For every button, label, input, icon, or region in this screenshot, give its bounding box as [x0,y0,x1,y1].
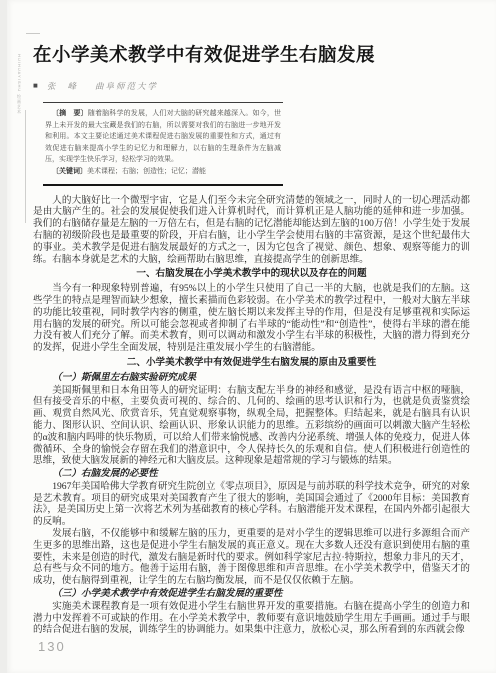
journal-sidebar-text: HUIHUAYISHU 绘画艺术 [16,54,22,164]
abstract-box: 〔摘 要〕随着脑科学的发展，人们对大脑的研究越来越深入。如今，世界上未开发的最大… [43,102,283,186]
paragraph-implementation: 实施美术课程教育是一项有效促进小学生右脑世界开发的重要措施。右脑在提高小学生的创… [33,601,470,636]
article-title: 在小学美术教学中有效促进学生右脑发展 [33,42,470,68]
keywords-label: 〔关键词〕 [52,167,87,175]
author-affiliation: 曲阜师范大学 [95,80,158,92]
keywords-line: 〔关键词〕美术课程；右脑；创造性；记忆；潜能 [45,166,281,178]
subheading-importance: （三）小学美术教学中有效促进学生右脑发展的重要性 [33,588,470,600]
heading-section-1: 一、右脑发展在小学美术教学中的现状以及存在的问题 [33,268,470,280]
margin-tick [26,33,40,34]
paragraph-develop-right-brain: 发展右脑，不仅能够中和缓解左脑的压力，更重要的是对小学生的逻辑思维可以进行多源组… [33,528,470,587]
abstract-text: 随着脑科学的发展，人们对大脑的研究越来越深入。如今，世界上未开发的最大宝藏是我们… [45,109,281,163]
article-body: 人的大脑好比一个微型宇宙，它是人们至今未完全研究清楚的领域之一，同时人的一切心理… [33,195,470,637]
abstract-label: 〔摘 要〕 [52,109,88,117]
article-content: 在小学美术教学中有效促进学生右脑发展 ■ 张 峰 曲阜师范大学 〔摘 要〕随着脑… [7,42,496,636]
author-line: ■ 张 峰 曲阜师范大学 [33,80,470,92]
subheading-necessity: （二）右脑发展的必要性 [33,468,470,480]
author-bullet-icon: ■ [33,82,38,90]
scanned-page: HUIHUAYISHU 绘画艺术 在小学美术教学中有效促进学生右脑发展 ■ 张 … [7,0,496,673]
abstract-paragraph: 〔摘 要〕随着脑科学的发展，人们对大脑的研究越来越深入。如今，世界上未开发的最大… [45,108,281,166]
heading-section-2: 二、小学美术教学中有效促进学生右脑发展的原由及重要性 [33,357,470,369]
keywords-text: 美术课程；右脑；创造性；记忆；潜能 [87,167,206,175]
paragraph-intro: 人的大脑好比一个微型宇宙，它是人们至今未完全研究清楚的领域之一，同时人的一切心理… [33,195,470,266]
subheading-sperry-research: （一）斯佩里左右脑实验研究成果 [33,372,470,384]
margin-rule [25,110,26,223]
paragraph-zero-project: 1967年美国哈佛大学教育研究生院创立《零点项目》，原因是与前苏联的科学技术竞争… [33,481,470,528]
page-number: 130 [38,639,66,654]
paragraph-current-status: 当今有一种现象特别普遍，有95%以上的小学生只使用了自己一半的大脑，也就是我们的… [33,283,470,354]
author-name: 张 峰 [47,80,81,92]
paragraph-sperry-research: 美国斯佩里和日本角田等人的研究证明：右脑支配左半身的神经和感觉，是没有语言中枢的… [33,385,470,468]
